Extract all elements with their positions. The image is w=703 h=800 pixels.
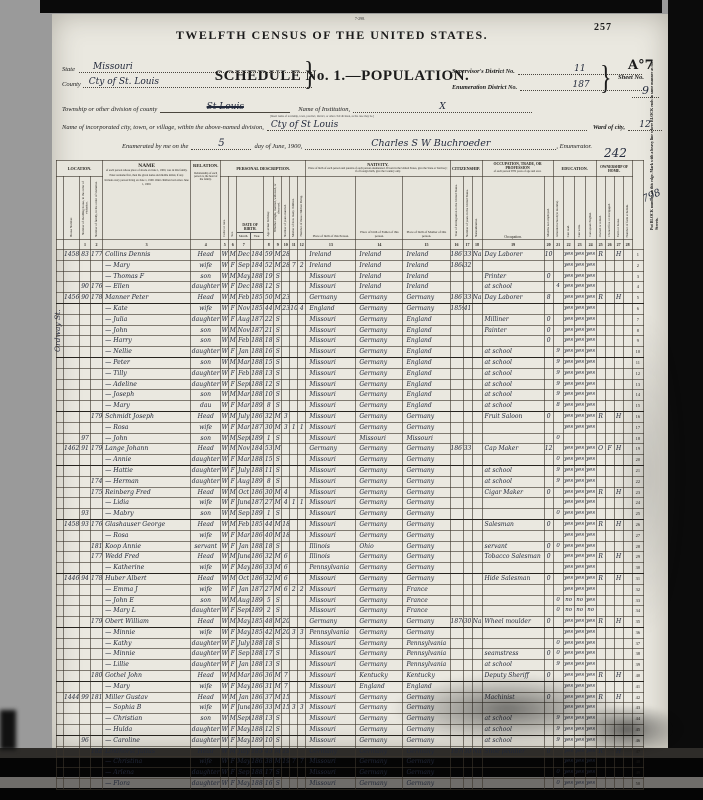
census-cell: Missouri: [306, 768, 356, 779]
census-cell: yes: [563, 390, 574, 401]
census-cell: [64, 627, 80, 638]
enumerated-field: Enumerated by me on the 5 day of June, 1…: [122, 138, 592, 150]
census-cell: [282, 541, 290, 552]
census-cell: — John E: [103, 595, 191, 606]
census-cell: [450, 390, 463, 401]
census-cell: [64, 735, 80, 746]
census-cell: — Lidia: [103, 498, 191, 509]
census-cell: F: [229, 314, 237, 325]
census-cell: Germany: [356, 368, 403, 379]
census-cell: Germany: [356, 325, 403, 336]
census-cell: Head: [191, 617, 221, 628]
census-cell: [450, 530, 463, 541]
census-cell: yes: [563, 401, 574, 412]
census-cell: [463, 433, 472, 444]
census-cell: W: [221, 444, 229, 455]
census-cell: [80, 757, 91, 768]
census-cell: Missouri: [306, 357, 356, 368]
census-cell: [614, 303, 623, 314]
census-cell: [298, 617, 306, 628]
census-cell: Jan: [237, 541, 251, 552]
census-cell: — Rosa: [103, 530, 191, 541]
census-cell: yes: [563, 444, 574, 455]
census-cell: S: [274, 325, 282, 336]
census-cell: W: [221, 519, 229, 530]
census-cell: wife: [191, 303, 221, 314]
column-number: 12: [298, 240, 306, 250]
census-cell: July: [237, 411, 251, 422]
census-cell: M: [274, 573, 282, 584]
census-cell: yes: [563, 325, 574, 336]
census-cell: 94: [80, 573, 91, 584]
census-cell: 18: [264, 541, 274, 552]
census-cell: [596, 314, 605, 325]
census-cell: [450, 606, 463, 617]
census-cell: [482, 595, 544, 606]
census-cell: [282, 433, 290, 444]
census-cell: [450, 271, 463, 282]
column-number: 25: [596, 240, 605, 250]
census-cell: [482, 768, 544, 779]
census-cell: yes: [563, 303, 574, 314]
scan-smudge: [572, 704, 682, 754]
census-cell: 9: [553, 379, 563, 390]
census-cell: [482, 779, 544, 790]
enumeration-value: 187: [520, 80, 642, 91]
census-row: — JuliadaughterWFAug187822SMissouriGerma…: [57, 314, 644, 325]
census-cell: daughter: [191, 649, 221, 660]
census-cell: [80, 303, 91, 314]
census-cell: [64, 260, 80, 271]
census-cell: [282, 638, 290, 649]
census-cell: 1856: [251, 519, 264, 530]
census-cell: M: [229, 325, 237, 336]
census-cell: [64, 347, 80, 358]
census-cell: Germany: [356, 563, 403, 574]
census-cell: Sep: [237, 768, 251, 779]
census-cell: [298, 487, 306, 498]
census-cell: 7: [282, 681, 290, 692]
census-cell: [91, 768, 103, 779]
census-cell: 7: [282, 671, 290, 682]
census-cell: [80, 606, 91, 617]
census-cell: 15: [264, 455, 274, 466]
census-cell: [553, 617, 563, 628]
census-cell: [544, 595, 553, 606]
census-cell: S: [274, 606, 282, 617]
census-cell: [80, 390, 91, 401]
census-cell: [553, 552, 563, 563]
census-cell: 9: [553, 347, 563, 358]
census-cell: wife: [191, 627, 221, 638]
census-cell: [544, 390, 553, 401]
census-cell: England: [403, 314, 450, 325]
col-years-in-us: Number of years in the United States.: [463, 177, 472, 240]
street-cell: [57, 660, 64, 671]
census-cell: 180: [91, 671, 103, 682]
census-cell: yes: [585, 347, 596, 358]
census-cell: [596, 260, 605, 271]
census-cell: 1846: [251, 444, 264, 455]
col-birth-year: Year.: [251, 233, 264, 239]
census-cell: Head: [191, 746, 221, 757]
census-cell: — Lillie: [103, 660, 191, 671]
census-cell: 27: [264, 584, 274, 595]
census-cell: 1885: [251, 455, 264, 466]
census-cell: — Thomas F: [103, 271, 191, 282]
census-cell: [91, 465, 103, 476]
census-cell: F: [229, 541, 237, 552]
census-cell: [614, 660, 623, 671]
census-cell: 0: [553, 433, 563, 444]
census-row: — KatewifeWFNov185544M23104EnglandGerman…: [57, 303, 644, 314]
census-cell: [290, 271, 298, 282]
census-cell: W: [221, 303, 229, 314]
census-cell: W: [221, 573, 229, 584]
census-cell: daughter: [191, 314, 221, 325]
street-cell: [57, 519, 64, 530]
census-cell: [544, 509, 553, 520]
census-cell: 177: [91, 250, 103, 261]
census-cell: Collins Dennis: [103, 250, 191, 261]
census-cell: May: [237, 757, 251, 768]
census-cell: [596, 368, 605, 379]
census-cell: 1864: [251, 671, 264, 682]
census-cell: S: [274, 541, 282, 552]
name-title: NAME: [103, 161, 190, 169]
census-cell: 1867: [251, 563, 264, 574]
census-cell: [450, 347, 463, 358]
census-cell: England: [403, 347, 450, 358]
census-cell: F: [229, 347, 237, 358]
census-cell: 19: [282, 757, 290, 768]
census-cell: [298, 357, 306, 368]
census-cell: M: [229, 552, 237, 563]
census-cell: R: [596, 250, 605, 261]
census-cell: R: [596, 519, 605, 530]
census-cell: 20: [282, 617, 290, 628]
census-cell: England: [403, 325, 450, 336]
census-cell: [472, 779, 482, 790]
census-cell: [472, 444, 482, 455]
census-cell: [450, 779, 463, 790]
census-cell: yes: [585, 552, 596, 563]
census-cell: — Joseph: [103, 390, 191, 401]
census-cell: F: [229, 303, 237, 314]
county-value: Cty of St. Louis: [83, 77, 312, 88]
census-cell: [64, 303, 80, 314]
name-note-3: Include every person living on June 1, 1…: [103, 179, 190, 185]
census-cell: [64, 552, 80, 563]
census-cell: [623, 293, 632, 304]
census-cell: 2: [264, 606, 274, 617]
census-cell: M: [229, 671, 237, 682]
census-cell: 1892: [251, 401, 264, 412]
census-cell: S: [274, 282, 282, 293]
census-cell: 21: [264, 325, 274, 336]
street-cell: [57, 714, 64, 725]
census-cell: [472, 325, 482, 336]
census-cell: S: [274, 347, 282, 358]
census-cell: 2: [632, 260, 643, 271]
census-cell: [482, 627, 544, 638]
census-cell: [463, 595, 472, 606]
census-cell: [544, 357, 553, 368]
census-cell: S: [274, 779, 282, 790]
census-cell: [282, 336, 290, 347]
census-cell: yes: [574, 498, 585, 509]
census-cell: 1867: [450, 293, 463, 304]
census-cell: England: [403, 336, 450, 347]
column-number: 4: [191, 240, 221, 250]
column-number: 13: [306, 240, 356, 250]
census-cell: [91, 530, 103, 541]
census-cell: [463, 509, 472, 520]
census-cell: W: [221, 455, 229, 466]
census-cell: M: [229, 293, 237, 304]
census-cell: 1840: [251, 250, 264, 261]
column-number: 6: [229, 240, 237, 250]
census-cell: [450, 757, 463, 768]
census-cell: Germany: [356, 649, 403, 660]
census-cell: 50: [632, 779, 643, 790]
census-cell: [64, 271, 80, 282]
col-birthplace-person: Place of birth of this Person.: [306, 177, 356, 240]
census-cell: Missouri: [306, 703, 356, 714]
census-cell: [596, 638, 605, 649]
census-cell: S: [274, 390, 282, 401]
census-cell: [80, 627, 91, 638]
census-cell: [91, 422, 103, 433]
column-number: 21: [553, 240, 563, 250]
census-cell: M: [274, 692, 282, 703]
census-cell: F: [229, 703, 237, 714]
census-cell: 3: [298, 627, 306, 638]
sheet-label: Sheet No.: [618, 74, 644, 81]
census-cell: [472, 465, 482, 476]
census-cell: [472, 509, 482, 520]
census-cell: Germany: [403, 422, 450, 433]
census-cell: Sep: [237, 649, 251, 660]
census-cell: July: [237, 638, 251, 649]
census-cell: 0: [544, 649, 553, 660]
census-cell: Reinberg Fred: [103, 487, 191, 498]
census-cell: [450, 379, 463, 390]
census-cell: F: [229, 757, 237, 768]
census-cell: [472, 368, 482, 379]
col-birth-month: Month.: [237, 233, 251, 239]
census-cell: [298, 325, 306, 336]
census-cell: — Mary: [103, 260, 191, 271]
col-house-number: House Number.: [64, 177, 80, 240]
census-cell: Missouri: [306, 735, 356, 746]
census-cell: [282, 357, 290, 368]
census-cell: [64, 401, 80, 412]
census-cell: Obert William: [103, 617, 191, 628]
census-cell: [472, 476, 482, 487]
street-cell: [57, 260, 64, 271]
census-cell: son: [191, 714, 221, 725]
census-cell: Germany: [356, 595, 403, 606]
census-cell: Mar: [237, 671, 251, 682]
microfilm-top-border: [40, 0, 662, 13]
census-cell: 0: [544, 617, 553, 628]
census-cell: 3: [290, 627, 298, 638]
census-cell: [472, 379, 482, 390]
census-cell: yes: [574, 779, 585, 790]
census-cell: [298, 671, 306, 682]
census-cell: no: [563, 595, 574, 606]
census-cell: 177: [91, 552, 103, 563]
census-cell: [544, 465, 553, 476]
census-row: — AdelinedaughterWFSept188812SMissouriGe…: [57, 379, 644, 390]
census-cell: [450, 638, 463, 649]
census-cell: [544, 455, 553, 466]
street-cell: [57, 671, 64, 682]
census-cell: at school: [482, 465, 544, 476]
census-cell: [64, 336, 80, 347]
census-cell: yes: [574, 444, 585, 455]
census-cell: [614, 282, 623, 293]
census-cell: wife: [191, 681, 221, 692]
census-cell: Germany: [356, 768, 403, 779]
census-row: — NelliedaughterWFJan188316SMissouriGerm…: [57, 347, 644, 358]
census-cell: W: [221, 606, 229, 617]
census-cell: Missouri: [306, 606, 356, 617]
census-cell: Oct: [237, 573, 251, 584]
census-cell: 8: [553, 401, 563, 412]
census-cell: [298, 455, 306, 466]
census-cell: Shoe peddler: [482, 746, 544, 757]
census-row: 90176— EllendaughterWFDec188812SMissouri…: [57, 282, 644, 293]
census-cell: [80, 465, 91, 476]
census-cell: [298, 746, 306, 757]
census-cell: [605, 282, 614, 293]
census-cell: [472, 260, 482, 271]
column-number: 20: [544, 240, 553, 250]
census-cell: [482, 606, 544, 617]
census-cell: [290, 314, 298, 325]
census-cell: [463, 390, 472, 401]
census-cell: Missouri: [356, 433, 403, 444]
census-cell: 16: [264, 347, 274, 358]
census-cell: 1878: [251, 314, 264, 325]
city-label: Name of incorporated city, town, or vill…: [62, 124, 264, 131]
census-cell: 3: [632, 271, 643, 282]
census-cell: yes: [585, 779, 596, 790]
census-cell: M: [229, 714, 237, 725]
census-cell: M: [274, 530, 282, 541]
census-cell: yes: [585, 260, 596, 271]
census-cell: [482, 530, 544, 541]
census-cell: 1: [290, 498, 298, 509]
census-cell: at school: [482, 379, 544, 390]
census-cell: [91, 584, 103, 595]
census-cell: [463, 347, 472, 358]
census-cell: 1881: [251, 638, 264, 649]
census-cell: Germany: [403, 757, 450, 768]
census-cell: Head: [191, 671, 221, 682]
census-cell: 7: [298, 757, 306, 768]
census-cell: Na: [472, 746, 482, 757]
census-cell: F: [229, 660, 237, 671]
census-cell: [614, 260, 623, 271]
census-cell: [290, 779, 298, 790]
census-cell: [463, 498, 472, 509]
census-cell: 1870: [450, 617, 463, 628]
census-cell: [614, 271, 623, 282]
census-cell: [64, 606, 80, 617]
census-row: 179Obert WilliamHeadWMMay185248M20German…: [57, 617, 644, 628]
census-cell: S: [274, 357, 282, 368]
census-cell: [290, 347, 298, 358]
census-row: — TillydaughterWFFeb188613SMissouriGerma…: [57, 368, 644, 379]
census-cell: — John: [103, 325, 191, 336]
census-cell: [463, 422, 472, 433]
census-cell: Cap Maker: [482, 444, 544, 455]
census-cell: [290, 433, 298, 444]
census-cell: [80, 260, 91, 271]
census-cell: [450, 519, 463, 530]
census-cell: 9: [553, 357, 563, 368]
census-cell: 2: [298, 584, 306, 595]
census-cell: [64, 714, 80, 725]
census-cell: 42: [632, 692, 643, 703]
census-cell: [482, 422, 544, 433]
census-cell: W: [221, 768, 229, 779]
census-cell: F: [229, 649, 237, 660]
census-cell: [450, 368, 463, 379]
census-cell: F: [229, 584, 237, 595]
census-cell: 1864: [251, 681, 264, 692]
census-cell: [64, 498, 80, 509]
census-cell: [282, 768, 290, 779]
census-cell: 1870: [450, 746, 463, 757]
census-cell: [64, 617, 80, 628]
census-cell: W: [221, 250, 229, 261]
census-cell: [450, 584, 463, 595]
census-cell: yes: [563, 530, 574, 541]
census-cell: W: [221, 595, 229, 606]
census-cell: W: [221, 509, 229, 520]
census-cell: England: [306, 303, 356, 314]
census-cell: M: [229, 390, 237, 401]
census-cell: yes: [574, 303, 585, 314]
census-cell: [596, 465, 605, 476]
census-cell: [80, 476, 91, 487]
census-cell: Germany: [306, 746, 356, 757]
census-cell: [544, 433, 553, 444]
census-cell: yes: [563, 465, 574, 476]
census-cell: S: [274, 476, 282, 487]
census-cell: 6: [282, 563, 290, 574]
census-cell: [80, 617, 91, 628]
census-cell: 19: [282, 746, 290, 757]
census-cell: [80, 703, 91, 714]
census-cell: 1898: [251, 509, 264, 520]
census-cell: R: [596, 411, 605, 422]
census-cell: 0: [553, 649, 563, 660]
census-cell: — Minnie: [103, 649, 191, 660]
census-cell: [596, 509, 605, 520]
county-field: County Cty of St. Louis: [62, 77, 312, 88]
census-cell: [91, 379, 103, 390]
census-cell: M: [229, 444, 237, 455]
census-cell: yes: [574, 649, 585, 660]
census-row: 93— MabrysonWMSep18981SMissouriGermanyGe…: [57, 509, 644, 520]
census-cell: [64, 660, 80, 671]
ward-label: Ward of city,: [593, 124, 625, 131]
